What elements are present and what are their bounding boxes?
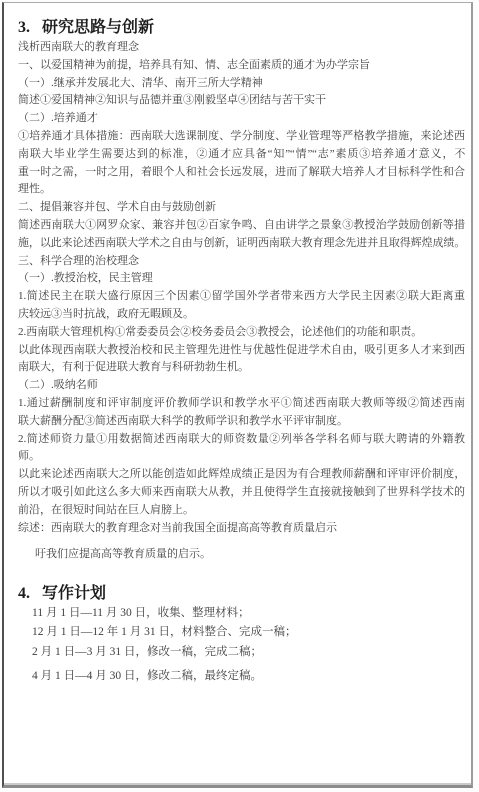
document-content: 3. 研究思路与创新 浅析西南联大的教育理念 一、以爱国精神为前提，培养具有知、… bbox=[18, 17, 465, 686]
doc-line: 南联大，有利于促进联大教育与科研勃勃生机。 bbox=[18, 359, 465, 377]
section-4-body: 11 月 1 日—11 月 30 日，收集、整理材料； 12 月 1 日—12 … bbox=[18, 604, 465, 686]
doc-line: 庆较远③当时抗战，政府无暇顾及。 bbox=[18, 306, 465, 324]
section-3-number: 3. bbox=[18, 17, 30, 39]
plan-line: 11 月 1 日—11 月 30 日，收集、整理材料； bbox=[32, 604, 465, 623]
doc-line: 师。 bbox=[18, 448, 465, 466]
doc-line: （二）.吸纳名师 bbox=[18, 377, 465, 395]
screenshot-root: { "page": { "background": "#ffffff", "bo… bbox=[0, 0, 479, 792]
doc-line: 一、以爱国精神为前提，培养具有知、情、志全面素质的通才为办学宗旨 bbox=[18, 57, 465, 75]
plan-line: 4 月 1 日—4 月 30 日，修改二稿，最终定稿。 bbox=[32, 667, 465, 686]
section-4-heading: 4. 写作计划 bbox=[18, 584, 465, 604]
doc-line: ①培养通才具体措施：西南联大选课制度、学分制度、学业管理等严格教学措施，来论述西 bbox=[18, 128, 465, 146]
document-page: 3. 研究思路与创新 浅析西南联大的教育理念 一、以爱国精神为前提，培养具有知、… bbox=[2, 2, 473, 788]
doc-line: 1.通过薪酬制度和评审制度评价教师学识和教学水平①简述西南联大教师等级②简述西南 bbox=[18, 395, 465, 413]
plan-line: 2 月 1 日—3 月 31 日，修改一稿，完成二稿； bbox=[32, 643, 465, 662]
section-3-body: 浅析西南联大的教育理念 一、以爱国精神为前提，培养具有知、情、志全面素质的通才为… bbox=[18, 39, 465, 564]
doc-line: 三、科学合理的治校理念 bbox=[18, 253, 465, 271]
doc-line: 以此来论述西南联大之所以能创造如此辉煌成绩正是因为有合理教师薪酬和评审评价制度， bbox=[18, 466, 465, 484]
plan-line: 12 月 1 日—12 年 1 月 31 日，材料整合、完成一稿； bbox=[32, 623, 465, 642]
doc-line: 浅析西南联大的教育理念 bbox=[18, 39, 465, 57]
doc-line: 南联大毕业学生需要达到的标准，②通才应具备“知”“情”“志”素质③培养通才意义，… bbox=[18, 146, 465, 164]
doc-line: 二、提倡兼容并包、学术自由与鼓励创新 bbox=[18, 199, 465, 217]
doc-line: （一）.教授治校，民主管理 bbox=[18, 270, 465, 288]
section-3-title: 研究思路与创新 bbox=[42, 17, 154, 39]
doc-line: 简述西南联大①网罗众家、兼容并包②百家争鸣、自由讲学之景象③教授治学鼓励创新等措 bbox=[18, 217, 465, 235]
doc-line: 联大薪酬分配③简述西南联大科学的教师学识和教学水平评审制度。 bbox=[18, 413, 465, 431]
doc-line: （一）.继承并发展北大、清华、南开三所大学精神 bbox=[18, 75, 465, 93]
doc-line: 以此体现西南联大教授治校和民主管理先进性与优越性促进学术自由，吸引更多人才来到西 bbox=[18, 342, 465, 360]
doc-line: 简述①爱国精神②知识与品德并重③刚毅坚卓④团结与苦干实干 bbox=[18, 92, 465, 110]
doc-line: 重一时之需，一时之用，着眼个人和社会长远发展，进而了解联大培养人才目标科学性和合 bbox=[18, 164, 465, 182]
doc-line: 2.简述师资力量①用数据简述西南联大的师资数量②列举各学科名师与联大聘请的外籍教 bbox=[18, 431, 465, 449]
section-4-title: 写作计划 bbox=[42, 584, 106, 604]
section-4-number: 4. bbox=[18, 584, 30, 604]
doc-line: 施，以此来论述西南联大学术之自由与创新，证明西南联大教育理念先进并且取得辉煌成绩… bbox=[18, 235, 465, 253]
doc-line: 吁我们应提高高等教育质量的启示。 bbox=[18, 546, 465, 564]
doc-line: 所以才吸引如此这么多大师来西南联大从教，并且使得学生直接就接触到了世界科学技术的 bbox=[18, 484, 465, 502]
doc-line: （二）.培养通才 bbox=[18, 110, 465, 128]
page-bottom-edge bbox=[4, 783, 471, 785]
doc-line: 理性。 bbox=[18, 181, 465, 199]
doc-line: 1.简述民主在联大盛行原因三个因素①留学国外学者带来西方大学民主因素②联大距离重 bbox=[18, 288, 465, 306]
doc-line: 前沿，在很短时间站在巨人肩膀上。 bbox=[18, 502, 465, 520]
doc-line: 综述：西南联大的教育理念对当前我国全面提高高等教育质量启示 bbox=[18, 520, 465, 538]
section-3-heading: 3. 研究思路与创新 bbox=[18, 17, 465, 39]
doc-line: 2.西南联大管理机构①常委委员会②校务委员会③教授会，论述他们的功能和职责。 bbox=[18, 324, 465, 342]
